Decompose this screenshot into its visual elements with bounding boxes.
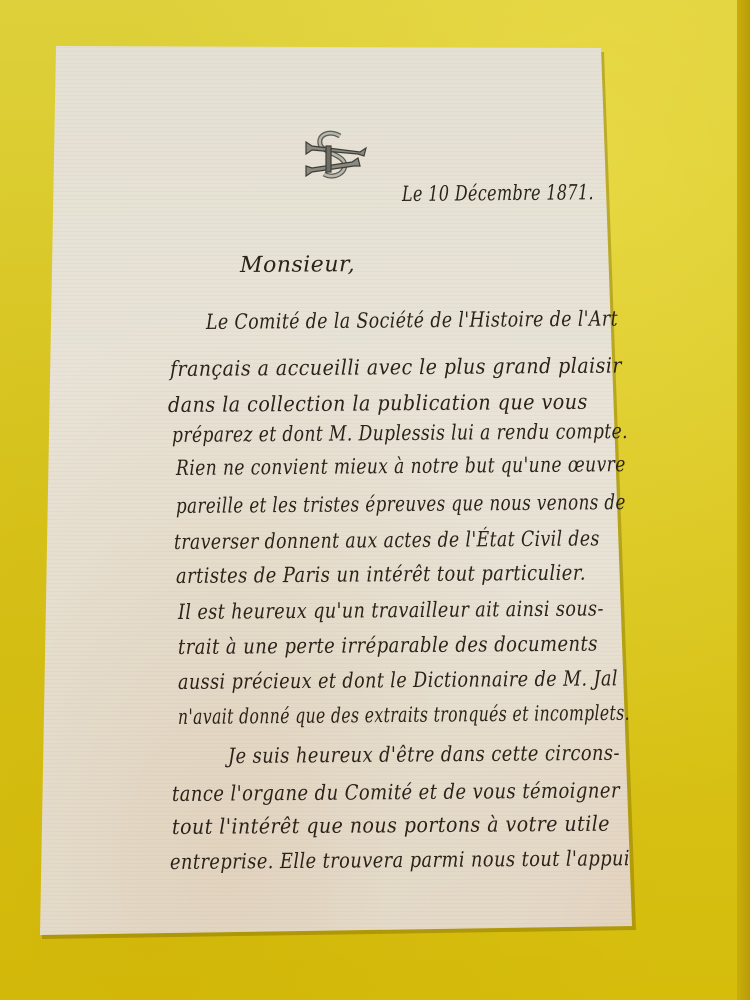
letter-line: artistes de Paris un intérêt tout partic… bbox=[176, 561, 586, 588]
letter-line: Rien ne convient mieux à notre but qu'un… bbox=[176, 452, 626, 480]
letter-date: Le 10 Décembre 1871. bbox=[402, 180, 594, 206]
letter-line: tance l'organe du Comité et de vous témo… bbox=[172, 778, 620, 806]
letter-line: trait à une perte irréparable des docume… bbox=[178, 632, 598, 659]
letter-line: entreprise. Elle trouvera parmi nous tou… bbox=[170, 846, 630, 874]
letter-line: tout l'intérêt que nous portons à votre … bbox=[172, 812, 610, 839]
letter-line: Il est heureux qu'un travailleur ait ain… bbox=[178, 596, 604, 624]
letter-line: n'avait donné que des extraits tronqués … bbox=[178, 701, 630, 729]
letter-line: Je suis heureux d'être dans cette circon… bbox=[228, 741, 620, 768]
letter-salutation: Monsieur, bbox=[240, 252, 355, 278]
letter-line: dans la collection la publication que vo… bbox=[168, 390, 588, 417]
letter-line: français a accueilli avec le plus grand … bbox=[170, 354, 622, 381]
letter-line: traverser donnent aux actes de l'État Ci… bbox=[174, 526, 600, 554]
letter-line: préparez et dont M. Duplessis lui a rend… bbox=[172, 419, 628, 447]
background-edge-strip bbox=[737, 0, 750, 1000]
letter-line: pareille et les tristes épreuves que nou… bbox=[176, 490, 626, 518]
letter-line: Le Comité de la Société de l'Histoire de… bbox=[206, 307, 618, 334]
monogram-icon bbox=[300, 128, 370, 186]
letter-line: aussi précieux et dont le Dictionnaire d… bbox=[178, 666, 618, 694]
